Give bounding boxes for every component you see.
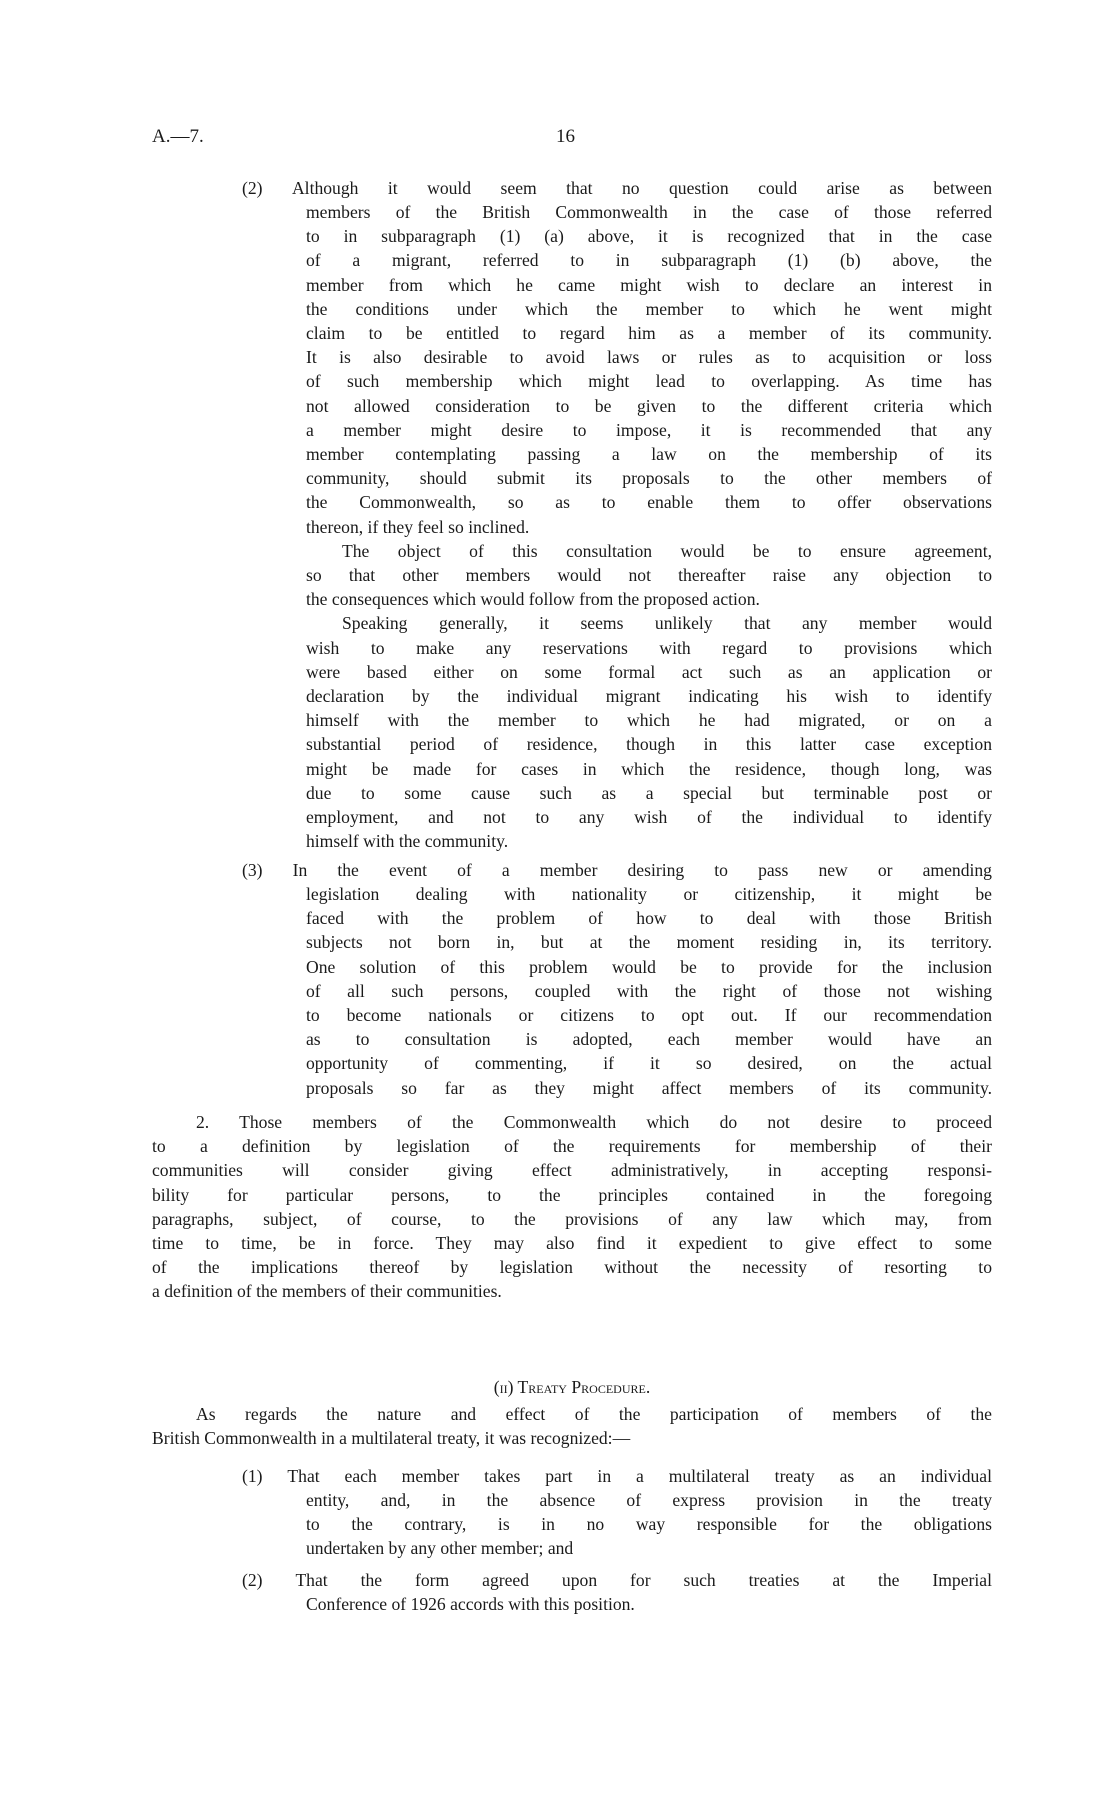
text-line: of such membership which might lead to o… — [306, 369, 992, 393]
section-intro: As regards the nature and effect of the … — [152, 1402, 992, 1450]
treaty-item-2: (2) That the form agreed upon for such t… — [242, 1568, 992, 1592]
text-line: member from which he came might wish to … — [306, 273, 992, 297]
text-line: to a definition by legislation of the re… — [152, 1134, 992, 1158]
text-line: time to time, be in force. They may also… — [152, 1231, 992, 1255]
text-line: the Commonwealth, so as to enable them t… — [306, 490, 992, 514]
text-line: wish to make any reservations with regar… — [306, 636, 992, 660]
text-line: due to some cause such as a special but … — [306, 781, 992, 805]
text-line: of all such persons, coupled with the ri… — [306, 979, 992, 1003]
text-line: As regards the nature and effect of the … — [152, 1402, 992, 1426]
text-line: paragraphs, subject, of course, to the p… — [152, 1207, 992, 1231]
text-line: substantial period of residence, though … — [306, 732, 992, 756]
text-line: as to consultation is adopted, each memb… — [306, 1027, 992, 1051]
text-line: opportunity of commenting, if it so desi… — [306, 1051, 992, 1075]
text-line: of a migrant, referred to in subparagrap… — [306, 248, 992, 272]
text-line: members of the British Commonwealth in t… — [306, 200, 992, 224]
text-line: communities will consider giving effect … — [152, 1158, 992, 1182]
text-line: proposals so far as they might affect me… — [306, 1076, 992, 1100]
document-reference: A.—7. — [152, 126, 204, 148]
text-line: Conference of 1926 accords with this pos… — [306, 1592, 992, 1616]
item-number: (3) — [242, 860, 263, 880]
text-line: to become nationals or citizens to opt o… — [306, 1003, 992, 1027]
treaty-item-1: (1) That each member takes part in a mul… — [242, 1464, 992, 1488]
text-line: claim to be entitled to regard him as a … — [306, 321, 992, 345]
text-line: member contemplating passing a law on th… — [306, 442, 992, 466]
text-line: a member might desire to impose, it is r… — [306, 418, 992, 442]
text-line: It is also desirable to avoid laws or ru… — [306, 345, 992, 369]
item-number: (2) — [242, 1570, 263, 1590]
text-line: the consequences which would follow from… — [306, 587, 992, 611]
text-line: so that other members would not thereaft… — [306, 563, 992, 587]
text-line: might be made for cases in which the res… — [306, 757, 992, 781]
text-line: 2. Those members of the Commonwealth whi… — [152, 1110, 992, 1134]
text-line: undertaken by any other member; and — [306, 1536, 992, 1560]
text-line: legislation dealing with nationality or … — [306, 882, 992, 906]
subparagraph-3-body: legislation dealing with nationality or … — [306, 882, 992, 1100]
page-number: 16 — [556, 126, 575, 148]
text-line: (2) Although it would seem that no quest… — [242, 176, 992, 200]
text-line: bility for particular persons, to the pr… — [152, 1183, 992, 1207]
treaty-item-2-body: Conference of 1926 accords with this pos… — [306, 1592, 992, 1616]
text-line: entity, and, in the absence of express p… — [306, 1488, 992, 1512]
text-line: himself with the community. — [306, 829, 992, 853]
text-line: thereon, if they feel so inclined. — [306, 515, 992, 539]
item-number: (2) — [242, 178, 263, 198]
section-heading: (ii) Treaty Procedure. — [152, 1375, 992, 1399]
text-line: subjects not born in, but at the moment … — [306, 930, 992, 954]
text-line: Speaking generally, it seems unlikely th… — [306, 611, 992, 635]
document-page: A.—7. 16 (2) Although it would seem that… — [0, 0, 1114, 1819]
text-line: employment, and not to any wish of the i… — [306, 805, 992, 829]
text-line: (2) That the form agreed upon for such t… — [242, 1568, 992, 1592]
text-line: were based either on some formal act suc… — [306, 660, 992, 684]
subparagraph-2: (2) Although it would seem that no quest… — [242, 176, 992, 200]
text-line: The object of this consultation would be… — [306, 539, 992, 563]
text-line: a definition of the members of their com… — [152, 1279, 992, 1303]
text-line: of the implications thereof by legislati… — [152, 1255, 992, 1279]
text-line: community, should submit its proposals t… — [306, 466, 992, 490]
text-line: One solution of this problem would be to… — [306, 955, 992, 979]
text-line: British Commonwealth in a multilateral t… — [152, 1426, 992, 1450]
text-line: declaration by the individual migrant in… — [306, 684, 992, 708]
text-line: faced with the problem of how to deal wi… — [306, 906, 992, 930]
text-line: to the contrary, is in no way responsibl… — [306, 1512, 992, 1536]
subparagraph-3: (3) In the event of a member desiring to… — [242, 858, 992, 882]
text-line: (1) That each member takes part in a mul… — [242, 1464, 992, 1488]
paragraph-2: 2. Those members of the Commonwealth whi… — [152, 1110, 992, 1304]
text-line: himself with the member to which he had … — [306, 708, 992, 732]
text-line: (3) In the event of a member desiring to… — [242, 858, 992, 882]
text-line: the conditions under which the member to… — [306, 297, 992, 321]
item-number: (1) — [242, 1466, 263, 1486]
text-line: not allowed consideration to be given to… — [306, 394, 992, 418]
subparagraph-2-body: members of the British Commonwealth in t… — [306, 200, 992, 853]
text-line: to in subparagraph (1) (a) above, it is … — [306, 224, 992, 248]
treaty-item-1-body: entity, and, in the absence of express p… — [306, 1488, 992, 1561]
